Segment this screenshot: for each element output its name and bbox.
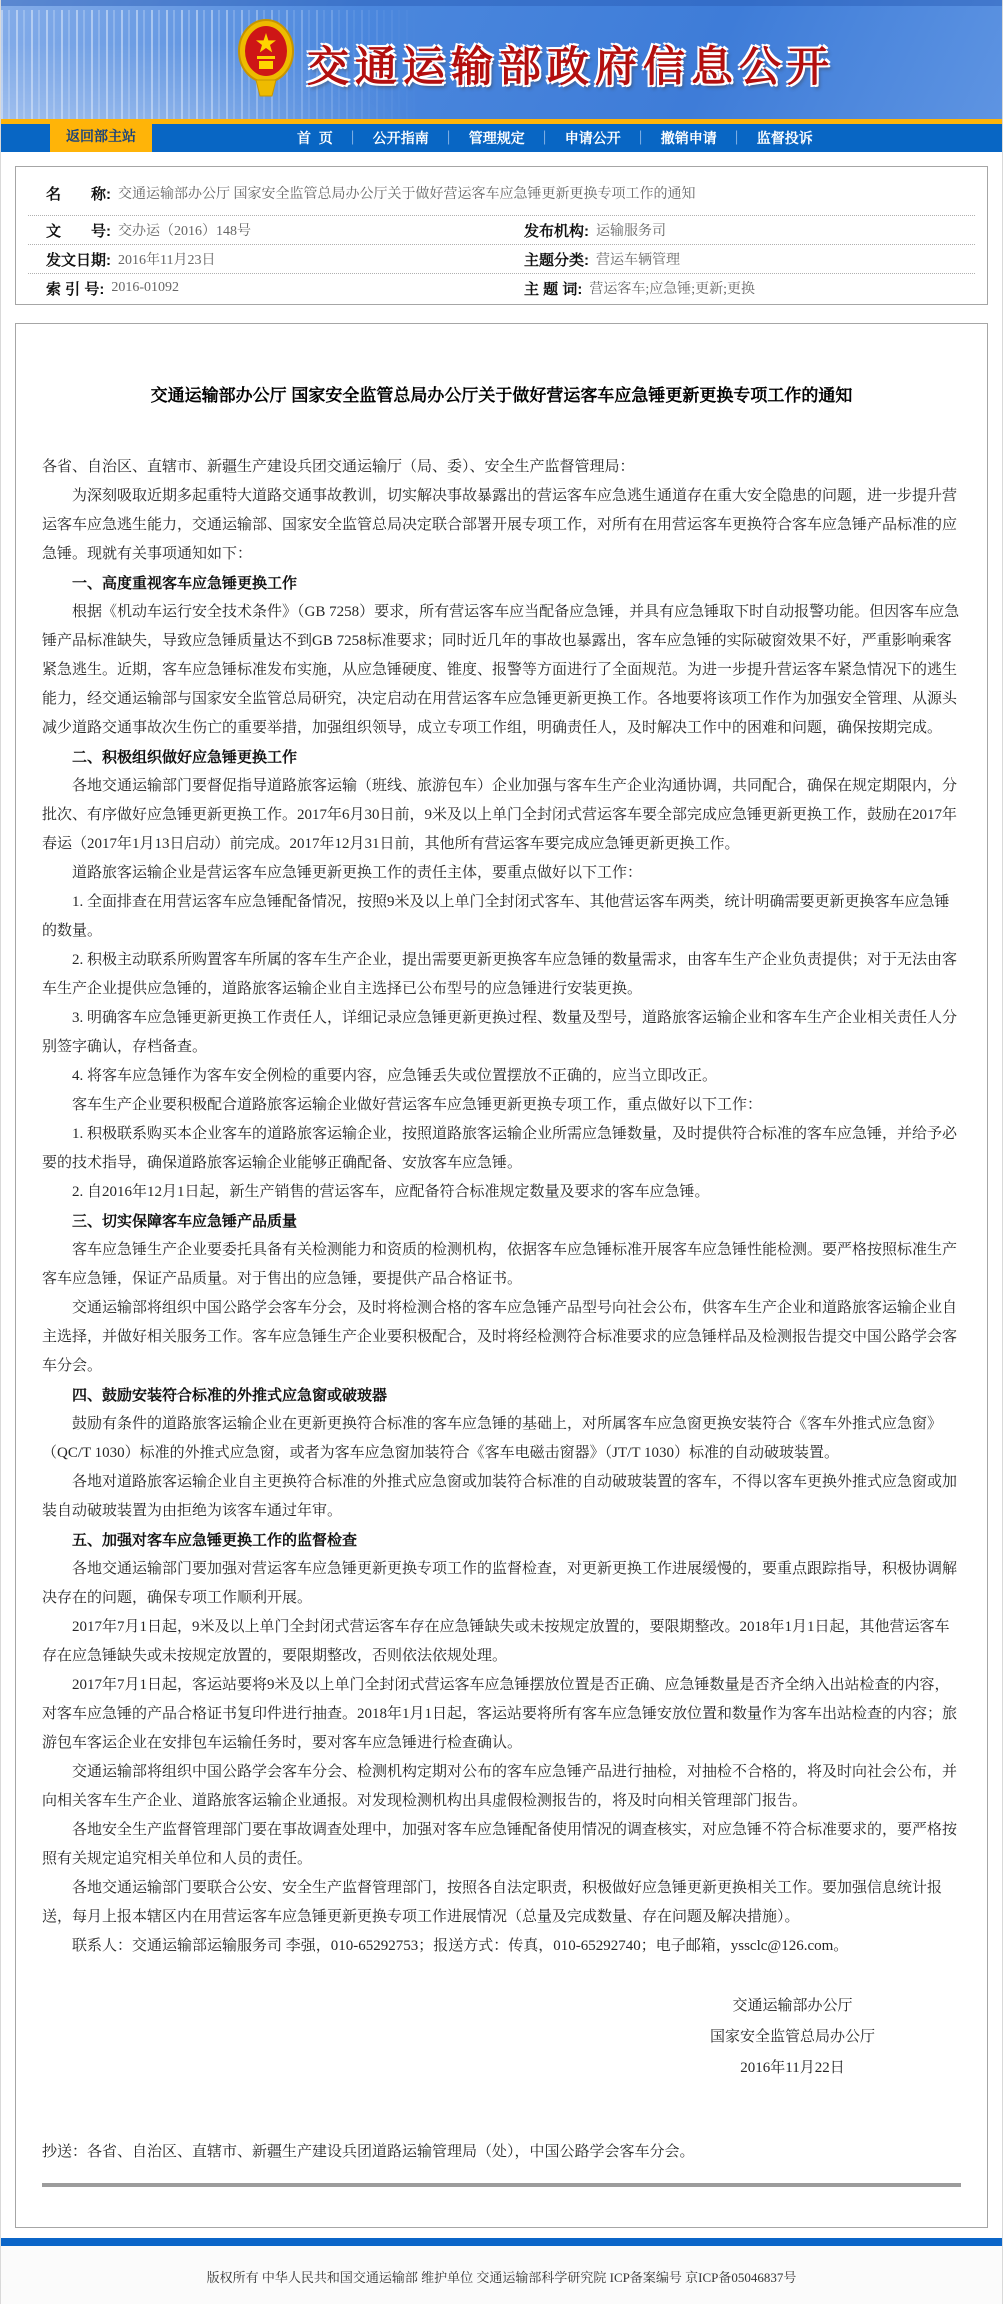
document-content-box: 交通运输部办公厅 国家安全监管总局办公厅关于做好营运客车应急锤更新更换专项工作的…	[15, 323, 988, 2228]
document-metadata-table: 名 称: 交通运输部办公厅 国家安全监管总局办公厅关于做好营运客车应急锤更新更换…	[15, 166, 988, 305]
footer-copyright: 版权所有 中华人民共和国交通运输部 维护单位 交通运输部科学研究院 ICP备案编…	[1, 2246, 1002, 2304]
document-paragraph: 客车应急锤生产企业要委托具备有关检测能力和资质的检测机构，依据客车应急锤标准开展…	[42, 1236, 961, 1294]
meta-date-label: 发文日期:	[46, 249, 111, 270]
cc-line: 抄送：各省、自治区、直辖市、新疆生产建设兵团道路运输管理局（处），中国公路学会客…	[42, 2138, 961, 2167]
document-paragraph: 交通运输部将组织中国公路学会客车分会、检测机构定期对公布的客车应急锤产品进行抽检…	[42, 1758, 961, 1816]
document-paragraph: 交通运输部将组织中国公路学会客车分会，及时将检测合格的客车应急锤产品型号向社会公…	[42, 1294, 961, 1381]
meta-keywords-cell: 主 题 词: 营运客车;应急锤;更新;更换	[524, 278, 975, 299]
document-paragraph: 各地交通运输部门要督促指导道路旅客运输（班线、旅游包车）企业加强与客车生产企业沟…	[42, 772, 961, 859]
meta-row-date-category: 发文日期: 2016年11月23日 主题分类: 营运车辆管理	[28, 245, 975, 274]
document-paragraph: 1. 全面排查在用营运客车应急锤配备情况，按照9米及以上单门全封闭式客车、其他营…	[42, 888, 961, 946]
document-paragraph: 各省、自治区、直辖市、新疆生产建设兵团交通运输厅（局、委）、安全生产监督管理局：	[42, 453, 961, 482]
section-heading: 四、鼓励安装符合标准的外推式应急窗或破玻器	[42, 1381, 961, 1410]
section-heading: 二、积极组织做好应急锤更换工作	[42, 743, 961, 772]
meta-index-cell: 索 引 号: 2016-01092	[46, 278, 524, 299]
nav-separator: ｜	[442, 128, 456, 148]
nav-item[interactable]: 管理规定	[456, 128, 538, 148]
nav-item[interactable]: 公开指南	[360, 128, 442, 148]
meta-row-name: 名 称: 交通运输部办公厅 国家安全监管总局办公厅关于做好营运客车应急锤更新更换…	[28, 171, 975, 216]
nav-item[interactable]: 撤销申请	[648, 128, 730, 148]
meta-category-label: 主题分类:	[524, 249, 589, 270]
nav-menu: 首 页｜公开指南｜管理规定｜申请公开｜撤销申请｜监督投诉	[284, 124, 826, 152]
meta-index-value: 2016-01092	[111, 280, 179, 296]
nav-item[interactable]: 首 页	[284, 128, 346, 148]
document-paragraph: 各地交通运输部门要联合公安、安全生产监督管理部门，按照各自法定职责，积极做好应急…	[42, 1874, 961, 1932]
national-emblem-icon	[237, 18, 295, 98]
nav-item[interactable]: 申请公开	[552, 128, 634, 148]
document-paragraph: 根据《机动车运行安全技术条件》（GB 7258）要求，所有营运客车应当配备应急锤…	[42, 598, 961, 743]
document-body: 各省、自治区、直辖市、新疆生产建设兵团交通运输厅（局、委）、安全生产监督管理局：…	[42, 453, 961, 1961]
meta-row-index-keywords: 索 引 号: 2016-01092 主 题 词: 营运客车;应急锤;更新;更换	[28, 274, 975, 302]
nav-item[interactable]: 监督投诉	[744, 128, 826, 148]
section-heading: 三、切实保障客车应急锤产品质量	[42, 1207, 961, 1236]
site-title: 交通运输部政府信息公开	[307, 34, 835, 94]
meta-date-value: 2016年11月23日	[118, 249, 215, 269]
meta-name-label: 名 称:	[46, 183, 111, 204]
signature-org-2: 国家安全监管总局办公厅	[710, 2022, 875, 2053]
bottom-divider	[42, 2183, 961, 2187]
signature-date: 2016年11月22日	[710, 2053, 875, 2084]
nav-bar: 返回部主站 首 页｜公开指南｜管理规定｜申请公开｜撤销申请｜监督投诉	[1, 124, 1002, 152]
section-heading: 五、加强对客车应急锤更换工作的监督检查	[42, 1526, 961, 1555]
back-to-main-site-button[interactable]: 返回部主站	[50, 119, 152, 152]
meta-index-label: 索 引 号:	[46, 278, 104, 299]
nav-separator: ｜	[346, 128, 360, 148]
meta-name-value: 交通运输部办公厅 国家安全监管总局办公厅关于做好营运客车应急锤更新更换专项工作的…	[118, 183, 696, 203]
nav-separator: ｜	[730, 128, 744, 148]
meta-category-value: 营运车辆管理	[596, 249, 680, 269]
document-paragraph: 各地交通运输部门要加强对营运客车应急锤更新更换专项工作的监督检查，对更新更换工作…	[42, 1555, 961, 1613]
meta-agency-value: 运输服务司	[596, 220, 666, 240]
signature-lines: 交通运输部办公厅 国家安全监管总局办公厅 2016年11月22日	[710, 1991, 875, 2084]
section-heading: 一、高度重视客车应急锤更换工作	[42, 569, 961, 598]
signature-block: 交通运输部办公厅 国家安全监管总局办公厅 2016年11月22日	[42, 1991, 875, 2084]
document-paragraph: 2017年7月1日起，9米及以上单门全封闭式营运客车存在应急锤缺失或未按规定放置…	[42, 1613, 961, 1671]
meta-agency-cell: 发布机构: 运输服务司	[524, 220, 975, 241]
document-paragraph: 3. 明确客车应急锤更新更换工作责任人，详细记录应急锤更新更换过程、数量及型号，…	[42, 1004, 961, 1062]
document-paragraph: 客车生产企业要积极配合道路旅客运输企业做好营运客车应急锤更新更换专项工作，重点做…	[42, 1091, 961, 1120]
meta-docno-value: 交办运（2016）148号	[118, 220, 251, 240]
document-paragraph: 2. 自2016年12月1日起，新生产销售的营运客车，应配备符合标准规定数量及要…	[42, 1178, 961, 1207]
meta-keywords-value: 营运客车;应急锤;更新;更换	[589, 278, 755, 298]
document-paragraph: 4. 将客车应急锤作为客车安全例检的重要内容，应急锤丢失或位置摆放不正确的，应当…	[42, 1062, 961, 1091]
document-paragraph: 道路旅客运输企业是营运客车应急锤更新更换工作的责任主体，要重点做好以下工作：	[42, 859, 961, 888]
meta-keywords-label: 主 题 词:	[524, 278, 582, 299]
signature-org-1: 交通运输部办公厅	[710, 1991, 875, 2022]
document-paragraph: 鼓励有条件的道路旅客运输企业在更新更换符合标准的客车应急锤的基础上，对所属客车应…	[42, 1410, 961, 1468]
nav-separator: ｜	[634, 128, 648, 148]
document-paragraph: 各地对道路旅客运输企业自主更换符合标准的外推式应急窗或加装符合标准的自动破玻装置…	[42, 1468, 961, 1526]
site-banner: 交通运输部政府信息公开	[1, 0, 1002, 119]
meta-category-cell: 主题分类: 营运车辆管理	[524, 249, 975, 270]
document-paragraph: 为深刻吸取近期多起重特大道路交通事故教训，切实解决事故暴露出的营运客车应急逃生通…	[42, 482, 961, 569]
nav-separator: ｜	[538, 128, 552, 148]
document-paragraph: 2. 积极主动联系所购置客车所属的客车生产企业，提出需要更新更换客车应急锤的数量…	[42, 946, 961, 1004]
document-paragraph: 各地安全生产监督管理部门要在事故调查处理中，加强对客车应急锤配备使用情况的调查核…	[42, 1816, 961, 1874]
document-paragraph: 1. 积极联系购买本企业客车的道路旅客运输企业，按照道路旅客运输企业所需应急锤数…	[42, 1120, 961, 1178]
document-paragraph: 联系人：交通运输部运输服务司 李强，010-65292753；报送方式：传真，0…	[42, 1932, 961, 1961]
meta-docno-label: 文 号:	[46, 220, 111, 241]
page: 交通运输部政府信息公开 返回部主站 首 页｜公开指南｜管理规定｜申请公开｜撤销申…	[0, 0, 1003, 2304]
footer-blue-bar	[1, 2238, 1002, 2246]
banner-top-edge	[1, 0, 1002, 6]
meta-agency-label: 发布机构:	[524, 220, 589, 241]
document-title: 交通运输部办公厅 国家安全监管总局办公厅关于做好营运客车应急锤更新更换专项工作的…	[72, 382, 931, 409]
meta-date-cell: 发文日期: 2016年11月23日	[46, 249, 524, 270]
meta-row-docno-agency: 文 号: 交办运（2016）148号 发布机构: 运输服务司	[28, 216, 975, 245]
meta-docno-cell: 文 号: 交办运（2016）148号	[46, 220, 524, 241]
document-paragraph: 2017年7月1日起，客运站要将9米及以上单门全封闭式营运客车应急锤摆放位置是否…	[42, 1671, 961, 1758]
